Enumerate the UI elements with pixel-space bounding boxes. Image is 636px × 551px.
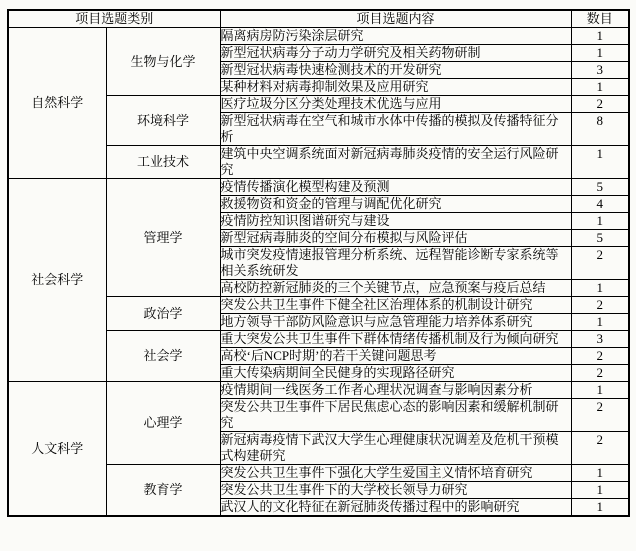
table-row: 社会科学管理学疫情传播演化模型构建及预测5 [8, 179, 629, 196]
category-cell: 自然科学 [8, 28, 106, 179]
topic-count-cell: 1 [571, 146, 629, 179]
subcategory-cell: 社会学 [106, 331, 220, 382]
subcategory-cell: 心理学 [106, 382, 220, 465]
subcategory-cell: 管理学 [106, 179, 220, 297]
topic-count-cell: 3 [571, 331, 629, 348]
topic-content-cell: 疫情防控知识图谱研究与建设 [220, 213, 571, 230]
topic-content-cell: 地方领导干部防风险意识与应急管理能力培养体系研究 [220, 314, 571, 331]
topic-content-cell: 新型冠状病毒在空气和城市水体中传播的模拟及传播特征分析 [220, 113, 571, 146]
topic-count-cell: 2 [571, 96, 629, 113]
topic-count-cell: 2 [571, 247, 629, 280]
topic-content-cell: 疫情期间一线医务工作者心理状况调查与影响因素分析 [220, 382, 571, 399]
topic-count-cell: 1 [571, 499, 629, 517]
topic-content-cell: 突发公共卫生事件下的大学校长领导力研究 [220, 482, 571, 499]
topic-count-cell: 1 [571, 314, 629, 331]
topic-count-cell: 3 [571, 62, 629, 79]
category-cell: 人文科学 [8, 382, 106, 517]
topic-content-cell: 高校防控新冠肺炎的三个关键节点，应急预案与疫后总结 [220, 280, 571, 297]
topic-count-cell: 4 [571, 196, 629, 213]
topic-count-cell: 5 [571, 230, 629, 247]
subcategory-cell: 政治学 [106, 297, 220, 331]
topic-count-cell: 1 [571, 213, 629, 230]
topic-content-cell: 突发公共卫生事件下强化大学生爱国主义情怀培育研究 [220, 465, 571, 482]
header-row: 项目选题类别 项目选题内容 数目 [8, 10, 629, 28]
topic-count-cell: 1 [571, 465, 629, 482]
topic-content-cell: 医疗垃圾分区分类处理技术优选与应用 [220, 96, 571, 113]
category-cell: 社会科学 [8, 179, 106, 382]
topic-content-cell: 建筑中央空调系统面对新冠病毒肺炎疫情的安全运行风险研究 [220, 146, 571, 179]
topic-count-cell: 2 [571, 365, 629, 382]
topic-count-cell: 2 [571, 348, 629, 365]
topic-count-cell: 1 [571, 79, 629, 96]
header-category: 项目选题类别 [8, 10, 220, 28]
topic-count-cell: 1 [571, 482, 629, 499]
topic-content-cell: 疫情传播演化模型构建及预测 [220, 179, 571, 196]
topic-content-cell: 新冠病毒疫情下武汉大学生心理健康状况调差及危机干预模式构建研究 [220, 432, 571, 465]
topic-count-cell: 1 [571, 280, 629, 297]
topic-count-cell: 8 [571, 113, 629, 146]
topic-content-cell: 隔离病房防污染涂层研究 [220, 28, 571, 45]
topic-content-cell: 城市突发疫情速报管理分析系统、远程智能诊断专家系统等相关系统研发 [220, 247, 571, 280]
topic-content-cell: 救援物资和资金的管理与调配优化研究 [220, 196, 571, 213]
topic-count-cell: 2 [571, 399, 629, 432]
topic-content-cell: 新型冠状病毒快速检测技术的开发研究 [220, 62, 571, 79]
topic-count-cell: 5 [571, 179, 629, 196]
topic-content-cell: 某种材料对病毒抑制效果及应用研究 [220, 79, 571, 96]
topic-content-cell: 高校‘后NCP时期’的若干关键问题思考 [220, 348, 571, 365]
topic-content-cell: 新型冠病毒肺炎的空间分布模拟与风险评估 [220, 230, 571, 247]
table-row: 自然科学生物与化学隔离病房防污染涂层研究1 [8, 28, 629, 45]
topic-content-cell: 突发公共卫生事件下健全社区治理体系的机制设计研究 [220, 297, 571, 314]
table-body: 自然科学生物与化学隔离病房防污染涂层研究1新型冠状病毒分子动力学研究及相关药物研… [8, 28, 629, 517]
topic-count-cell: 1 [571, 382, 629, 399]
subcategory-cell: 生物与化学 [106, 28, 220, 96]
topic-content-cell: 武汉人的文化特征在新冠肺炎传播过程中的影响研究 [220, 499, 571, 517]
subcategory-cell: 工业技术 [106, 146, 220, 179]
subcategory-cell: 教育学 [106, 465, 220, 517]
topic-content-cell: 突发公共卫生事件下居民焦虑心态的影响因素和缓解机制研究 [220, 399, 571, 432]
topic-content-cell: 重大传染病期间全民健身的实现路径研究 [220, 365, 571, 382]
table-row: 人文科学心理学疫情期间一线医务工作者心理状况调查与影响因素分析1 [8, 382, 629, 399]
topic-count-cell: 1 [571, 28, 629, 45]
topic-count-cell: 2 [571, 432, 629, 465]
topic-content-cell: 新型冠状病毒分子动力学研究及相关药物研制 [220, 45, 571, 62]
header-count: 数目 [571, 10, 629, 28]
table-header: 项目选题类别 项目选题内容 数目 [8, 10, 629, 28]
subcategory-cell: 环境科学 [106, 96, 220, 146]
topic-count-cell: 2 [571, 297, 629, 314]
header-content: 项目选题内容 [220, 10, 571, 28]
topic-count-cell: 1 [571, 45, 629, 62]
project-topic-table: 项目选题类别 项目选题内容 数目 自然科学生物与化学隔离病房防污染涂层研究1新型… [7, 9, 630, 517]
topic-content-cell: 重大突发公共卫生事件下群体情绪传播机制及行为倾向研究 [220, 331, 571, 348]
